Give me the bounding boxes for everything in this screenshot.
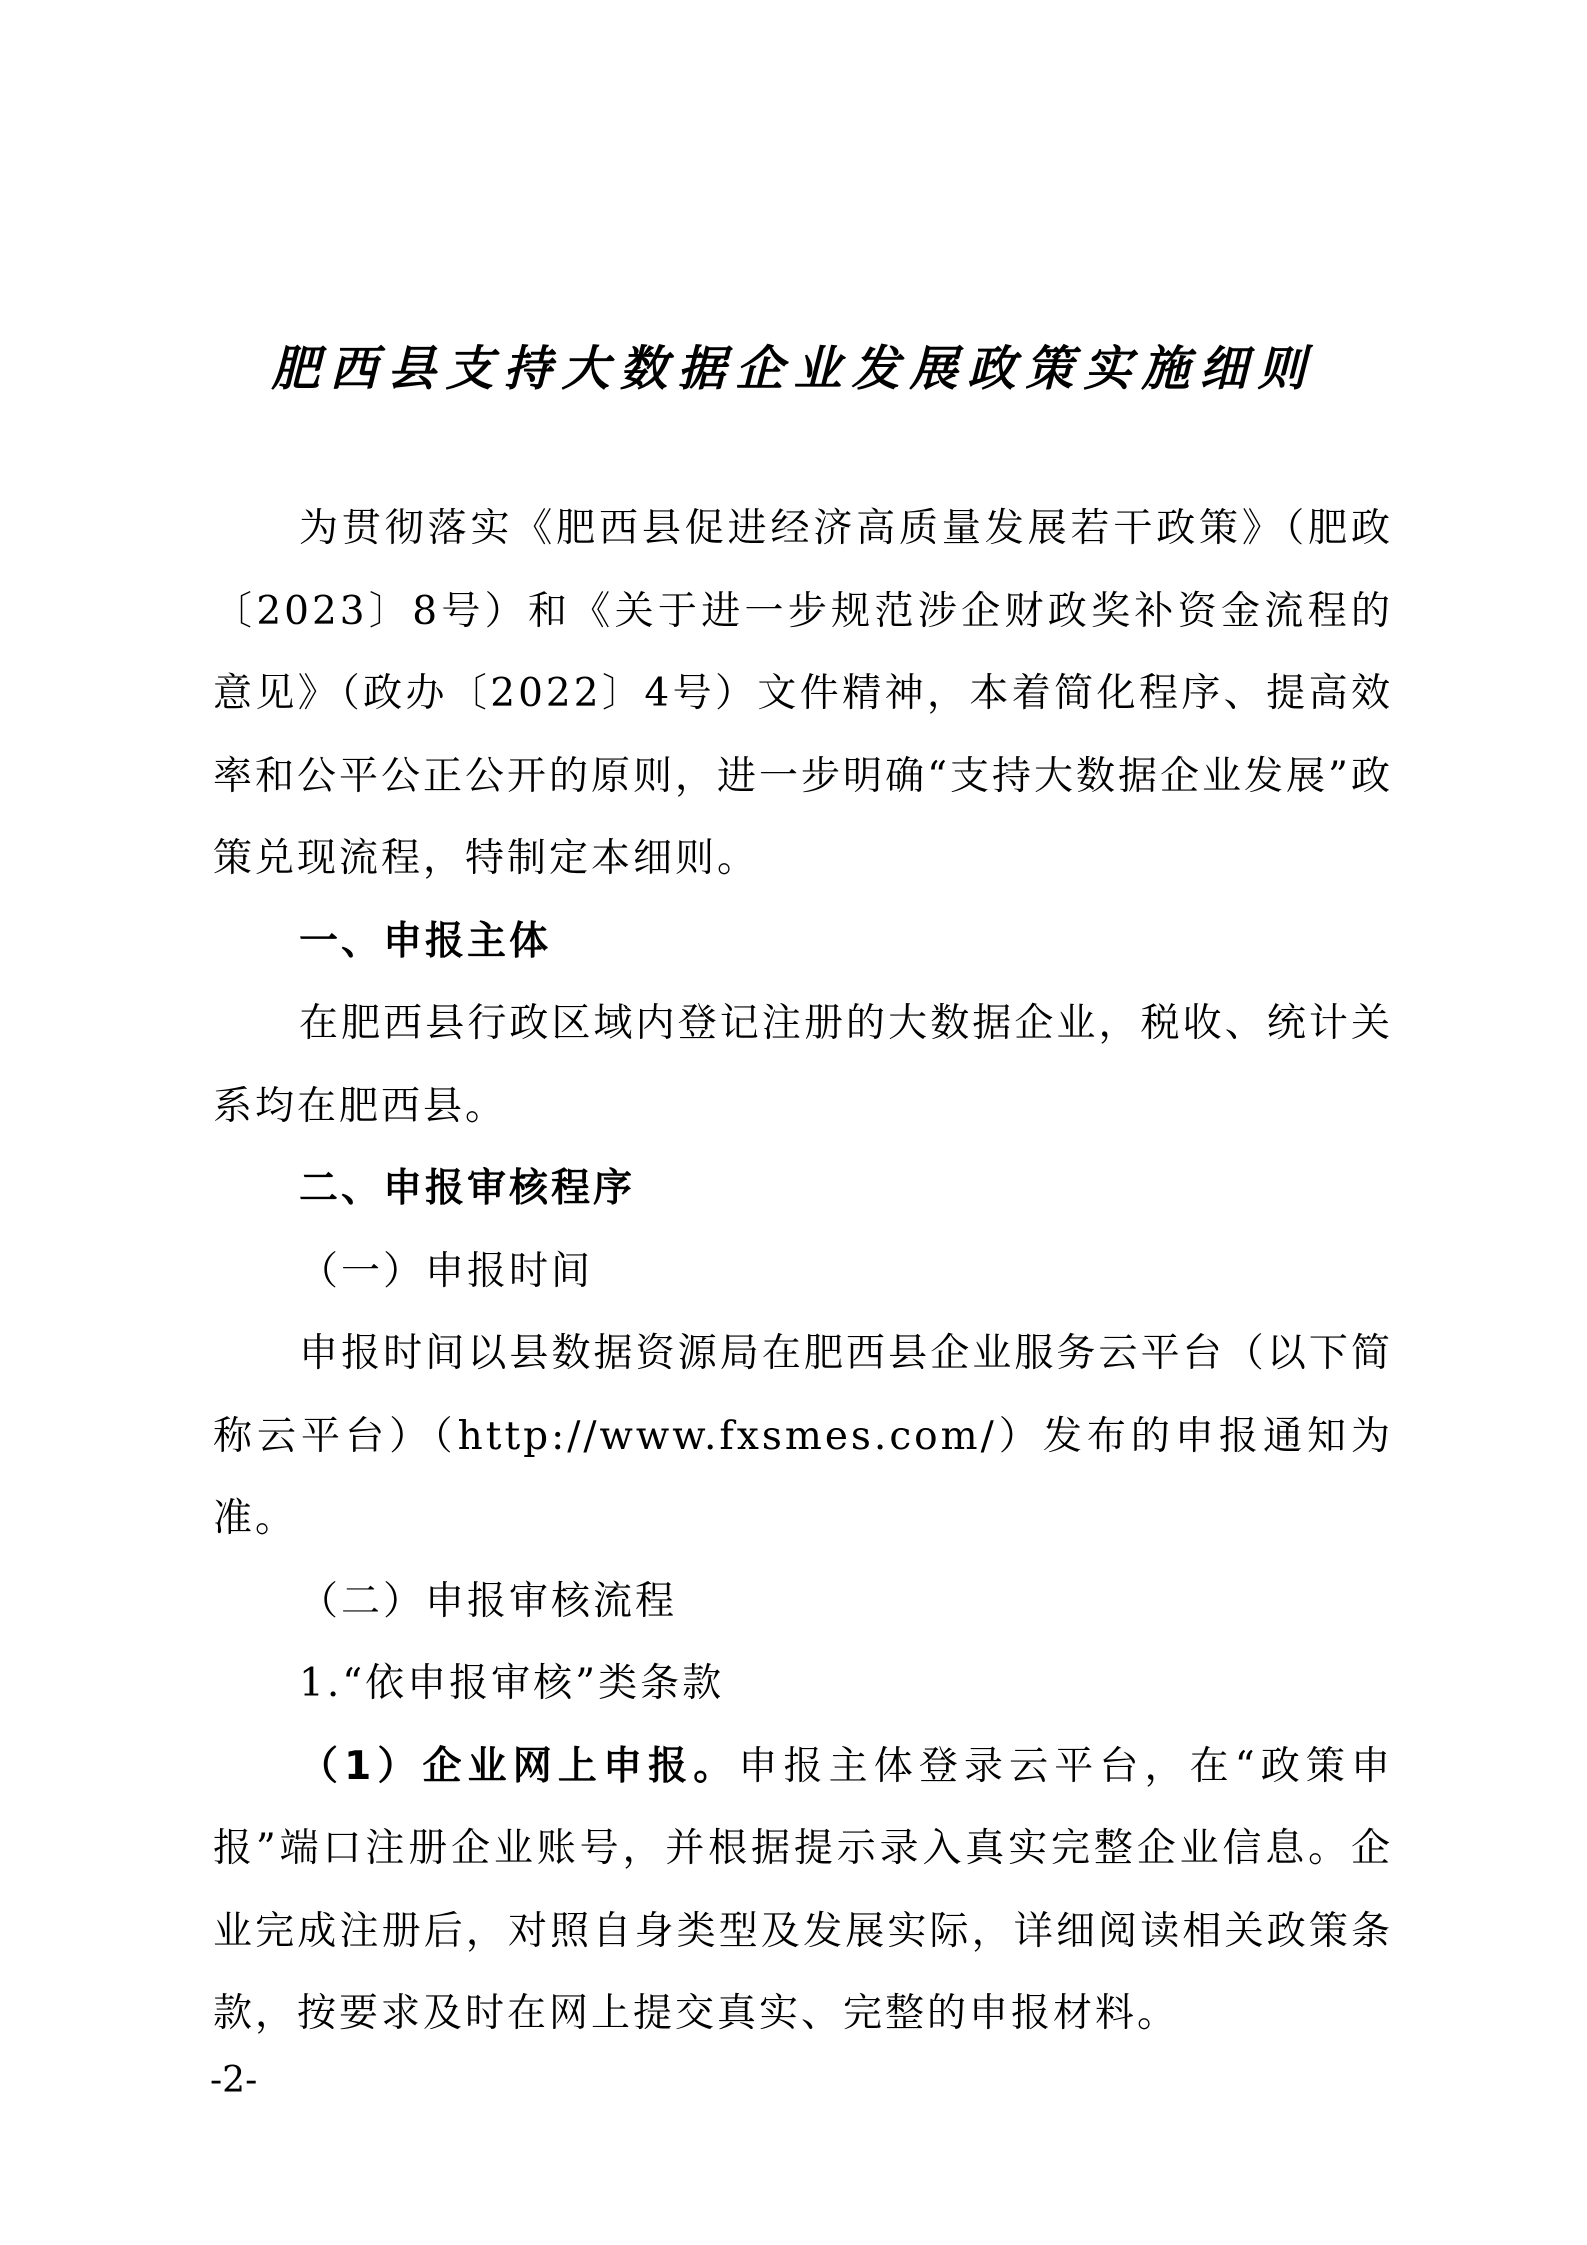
intro-paragraph: 为贯彻落实《肥西县促进经济高质量发展若干政策》（肥政〔2023〕8号）和《关于进… xyxy=(213,488,1393,901)
page-number: -2- xyxy=(210,2060,257,2101)
subsection1-paragraph: 申报时间以县数据资源局在肥西县企业服务云平台（以下简称云平台）（http://w… xyxy=(213,1313,1393,1561)
subsection-heading-2: （二）申报审核流程 xyxy=(213,1561,1393,1644)
section-heading-2: 二、申报审核程序 xyxy=(213,1148,1393,1231)
document-title: 肥西县支持大数据企业发展政策实施细则 xyxy=(0,330,1587,399)
item-heading-1: 1.“依申报审核”类条款 xyxy=(213,1643,1393,1726)
section-heading-1: 一、申报主体 xyxy=(213,901,1393,984)
document-body: 为贯彻落实《肥西县促进经济高质量发展若干政策》（肥政〔2023〕8号）和《关于进… xyxy=(213,488,1393,2056)
step1-lead: （1）企业网上申报。 xyxy=(299,1744,738,1789)
subsection-heading-1: （一）申报时间 xyxy=(213,1231,1393,1314)
section1-paragraph: 在肥西县行政区域内登记注册的大数据企业，税收、统计关系均在肥西县。 xyxy=(213,983,1393,1148)
step1-paragraph: （1）企业网上申报。申报主体登录云平台，在“政策申报”端口注册企业账号，并根据提… xyxy=(213,1726,1393,2056)
